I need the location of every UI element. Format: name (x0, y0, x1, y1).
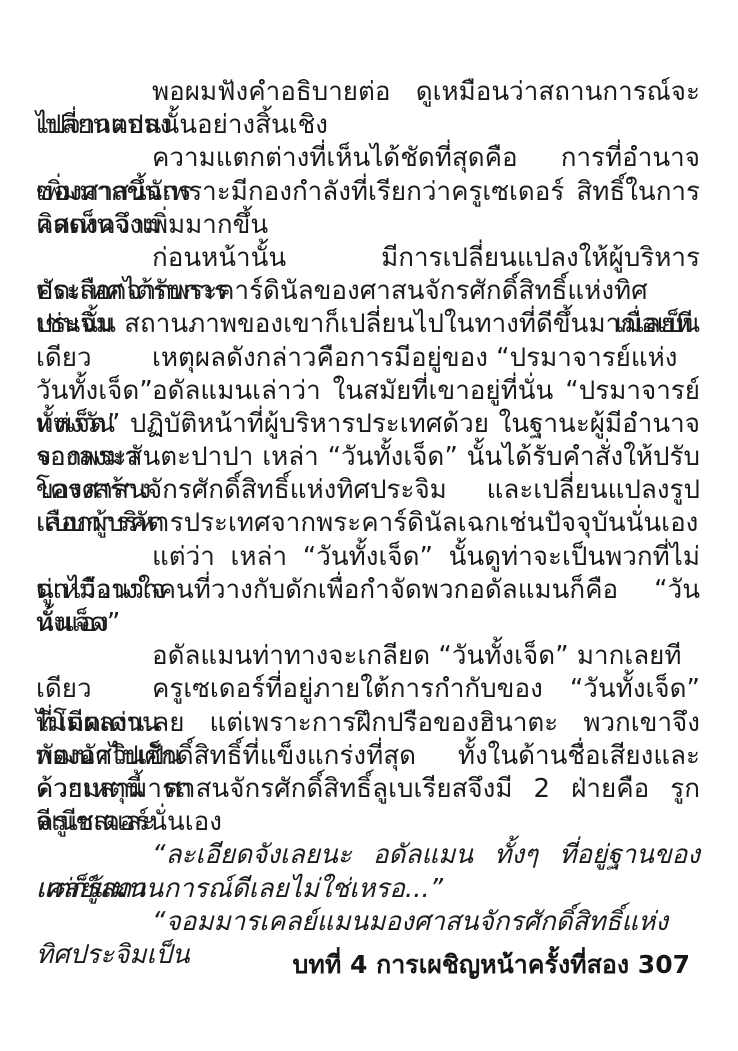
text-line: เลือกผู้บริหารประเทศจากพระคาร์ดินัลเฉกเช… (36, 507, 700, 540)
text-line: ก่อนหน้านั้น มีการเปลี่ยนแปลงให้ผู้บริหา… (36, 242, 700, 275)
text-line: เช่นนั้น สถานภาพของเขาก็เปลี่ยนไปในทางที… (36, 308, 700, 341)
text-line: เพิ่มมากขึ้นเพราะมีกองกำลังที่เรียกว่าคร… (36, 176, 700, 209)
text-line: “ละเอียดจังเลยนะ อดัลแมน ทั้งๆ ที่อยู่ฐา… (36, 839, 700, 872)
text-line: ครูเซเดอร์นั่นเอง (36, 806, 700, 839)
text-line: เหตุผลดังกล่าวคือการมีอยู่ของ “ปรมาจารย์… (36, 342, 700, 375)
book-page: พอผมฟังคำอธิบายต่อ ดูเหมือนว่าสถานการณ์จ… (0, 0, 738, 1051)
page-footer: บทที่ 4 การเผชิญหน้าครั้งที่สอง 307 (36, 948, 690, 982)
text-line: ความแตกต่างที่เห็นได้ชัดที่สุดคือ การที่… (36, 142, 700, 175)
text-line: คัดเลือกจากพระคาร์ดินัลของศาสนจักรศักดิ์… (36, 275, 700, 308)
text-line: แต่ว่า เหล่า “วันทั้งเจ็ด” นั้นดูท่าจะเป… (36, 541, 700, 574)
text-line: ครูเซเดอร์ที่อยู่ภายใต้การกำกับของ “วันท… (36, 673, 700, 706)
text-line: ไปจากตอนนั้นอย่างสิ้นเชิง (36, 109, 700, 142)
chapter-page-label: บทที่ 4 การเผชิญหน้าครั้งที่สอง 307 (292, 950, 690, 979)
text-line: ด้วยเหตุนี้ ศาสนจักรศักดิ์สิทธิ์ลูเบเรีย… (36, 773, 700, 806)
text-line: ของศาสนจักรศักดิ์สิทธิ์แห่งทิศประจิม และ… (36, 474, 700, 507)
text-line: ดูเหมือนว่าคนที่วางกับดักเพื่อกำจัดพวกอด… (36, 574, 700, 607)
text-line: กองอัศวินศักดิ์สิทธิ์ที่แข็งแกร่งที่สุด … (36, 740, 700, 773)
text-line: ที่โดดเด่นเลย แต่เพราะการฝึกปรือของฮินาต… (36, 707, 700, 740)
text-line: อดัลแมนท่าทางจะเกลียด “วันทั้งเจ็ด” มากเ… (36, 640, 700, 673)
text-line: “จอมมารเคลย์แมนมองศาสนจักรศักดิ์สิทธิ์แห… (36, 906, 700, 939)
text-line: พอผมฟังคำอธิบายต่อ ดูเหมือนว่าสถานการณ์จ… (36, 76, 700, 109)
body-text: พอผมฟังคำอธิบายต่อ ดูเหมือนว่าสถานการณ์จ… (36, 76, 700, 939)
text-line: คิดเห็นจึงเพิ่มมากขึ้น (36, 209, 700, 242)
text-line: นั่นเอง (36, 607, 700, 640)
text-line: จากพระสันตะปาปา เหล่า “วันทั้งเจ็ด” นั้น… (36, 441, 700, 474)
text-line: ทั้งเจ็ด” ปฏิบัติหน้าที่ผู้บริหารประเทศด… (36, 408, 700, 441)
text-line: แต่ก็รู้สถานการณ์ดีเลยไม่ใช่เหรอ...” (36, 873, 700, 906)
